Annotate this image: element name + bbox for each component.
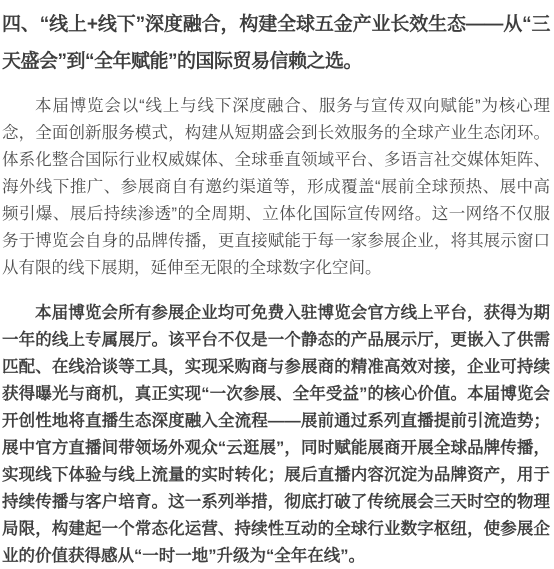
paragraph-online-platform-livestream: 本届博览会所有参展企业均可免费入驻博览会官方线上平台，获得为期一年的线上专属展厅… bbox=[2, 300, 550, 569]
article-page: 四、“线上+线下”深度融合，构建全球五金产业长效生态——从“三天盛会”到“全年赋… bbox=[0, 0, 554, 569]
section-heading: 四、“线上+线下”深度融合，构建全球五金产业长效生态——从“三天盛会”到“全年赋… bbox=[2, 6, 550, 80]
paragraph-online-offline-fusion: 本届博览会以“线上与线下深度融合、服务与宣传双向赋能”为核心理念，全面创新服务模… bbox=[2, 93, 550, 282]
